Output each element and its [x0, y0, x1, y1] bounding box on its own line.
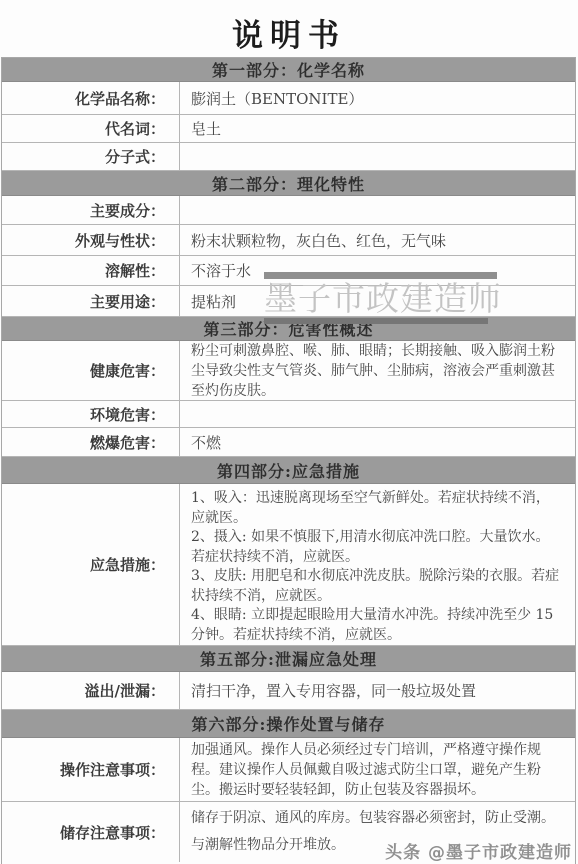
emergency-line-skin: 3、皮肤: 用肥皂和水彻底冲洗皮肤。脱除污染的衣服。若症状持续不消，应就医。 [191, 567, 562, 606]
health-hazard-text: 粉尘可刺激鼻腔、喉、肺、眼睛；长期接触、吸入膨润土粉尘导致尖性支气管炎、肺气肿、… [191, 341, 562, 401]
emergency-line-inhalation: 1、吸入：迅速脱离现场至空气新鲜处。若症状持续不消，应就医。 [191, 489, 562, 528]
section-5-header: 第五部分:泄漏应急处理 [2, 646, 575, 672]
row-value: 1、吸入：迅速脱离现场至空气新鲜处。若症状持续不消，应就医。 2、摄入: 如果不… [180, 484, 575, 645]
table-row-handling-precautions: 操作注意事项： 加强通风。操作人员必须经过专门培训，严格遵守操作规程。建议操作人… [2, 738, 575, 802]
table-row-main-use: 主要用途： 提粘剂 [2, 286, 575, 317]
row-value: 粉末状颗粒物，灰白色、红色，无气味 [180, 225, 575, 255]
emergency-line-ingestion: 2、摄入: 如果不慎服下,用清水彻底冲洗口腔。大量饮水。若症状持续不消，应就医。 [191, 528, 562, 567]
row-label: 溶解性： [2, 256, 180, 285]
row-label: 主要成分： [2, 196, 180, 224]
table-row-solubility: 溶解性： 不溶于水 [2, 256, 575, 286]
row-value [180, 143, 575, 170]
row-value: 清扫干净，置入专用容器，同一般垃圾处置 [180, 672, 575, 709]
row-value: 提粘剂 [180, 286, 575, 316]
row-label: 化学品名称： [2, 82, 180, 114]
table-row-molecular-formula: 分子式： [2, 143, 575, 171]
row-label: 燃爆危害： [2, 428, 180, 456]
row-label: 主要用途： [2, 286, 180, 316]
emergency-line-eyes: 4、眼睛: 立即提起眼睑用大量清水冲洗。持续冲洗至少 15 分钟。若症状持续不消… [191, 606, 562, 645]
section-3-header: 第三部分：危害性概述 [2, 317, 575, 341]
row-label: 外观与性状： [2, 225, 180, 255]
row-label: 应急措施： [2, 484, 180, 645]
section-2-header: 第二部分：理化特性 [2, 171, 575, 196]
table-row-environment-hazard: 环境危害： [2, 401, 575, 428]
table-row-chemical-name: 化学品名称： 膨润土（BENTONITE） [2, 82, 575, 115]
row-value [180, 401, 575, 427]
page-title: 说明书 [0, 0, 578, 57]
safety-data-table: 第一部分：化学名称 化学品名称： 膨润土（BENTONITE） 代名词： 皂土 … [1, 57, 576, 864]
table-row-fire-explosion-hazard: 燃爆危害： 不燃 [2, 428, 575, 457]
row-label: 分子式： [2, 143, 180, 170]
row-value: 不溶于水 [180, 256, 575, 285]
row-label: 溢出/泄漏： [2, 672, 180, 709]
table-row-synonym: 代名词： 皂土 [2, 115, 575, 143]
table-row-emergency-measures: 应急措施： 1、吸入：迅速脱离现场至空气新鲜处。若症状持续不消，应就医。 2、摄… [2, 484, 575, 646]
table-row-spill-leak: 溢出/泄漏： 清扫干净，置入专用容器，同一般垃圾处置 [2, 672, 575, 710]
table-row-main-components: 主要成分： [2, 196, 575, 225]
section-1-header: 第一部分：化学名称 [2, 58, 575, 82]
row-value: 不燃 [180, 428, 575, 456]
row-label: 环境危害： [2, 401, 180, 427]
row-value: 膨润土（BENTONITE） [180, 82, 575, 114]
section-4-header: 第四部分:应急措施 [2, 457, 575, 484]
table-row-health-hazard: 健康危害： 粉尘可刺激鼻腔、喉、肺、眼睛；长期接触、吸入膨润土粉尘导致尖性支气管… [2, 341, 575, 401]
document-page: 说明书 第一部分：化学名称 化学品名称： 膨润土（BENTONITE） 代名词：… [0, 0, 578, 864]
row-label: 操作注意事项： [2, 738, 180, 801]
footer-watermark: 头条 @墨子市政建造师 [385, 838, 572, 863]
row-value [180, 196, 575, 224]
table-row-appearance: 外观与性状： 粉末状颗粒物，灰白色、红色，无气味 [2, 225, 575, 256]
row-value: 加强通风。操作人员必须经过专门培训，严格遵守操作规程。建议操作人员佩戴自吸过滤式… [180, 738, 575, 801]
handling-text: 加强通风。操作人员必须经过专门培训，严格遵守操作规程。建议操作人员佩戴自吸过滤式… [191, 740, 562, 800]
row-label: 健康危害： [2, 341, 180, 400]
row-label: 代名词： [2, 115, 180, 142]
row-value: 粉尘可刺激鼻腔、喉、肺、眼睛；长期接触、吸入膨润土粉尘导致尖性支气管炎、肺气肿、… [180, 341, 575, 400]
section-6-header: 第六部分:操作处置与储存 [2, 710, 575, 738]
row-label: 储存注意事项： [2, 802, 180, 862]
row-value: 皂土 [180, 115, 575, 142]
